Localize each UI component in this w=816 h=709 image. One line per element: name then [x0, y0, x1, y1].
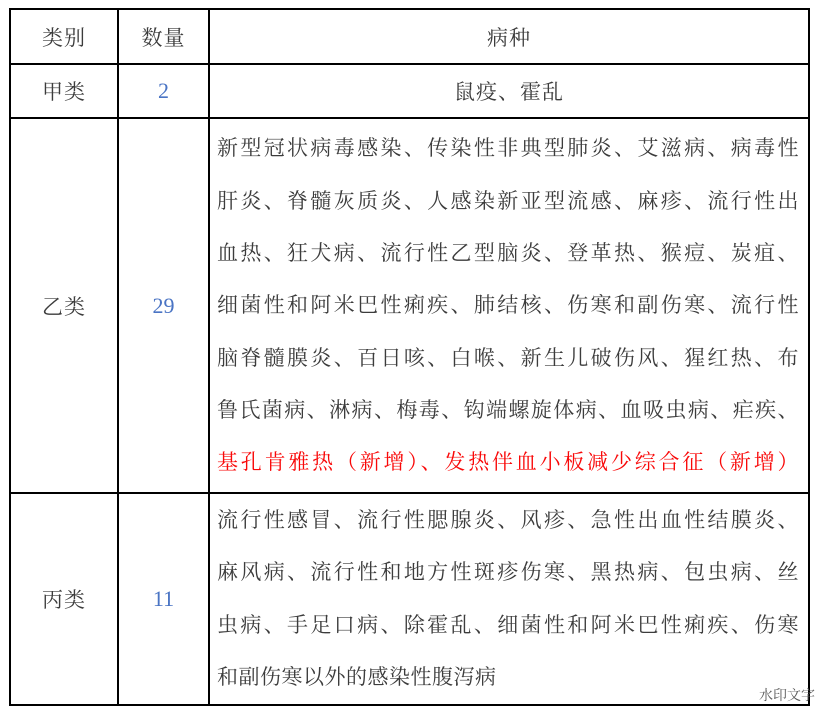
disease-line: 细菌性和阿米巴性痢疾、肺结核、伤寒和副伤寒、流行性: [217, 279, 799, 331]
disease-category-table: 类别 数量 病种 甲类 2 鼠疫、霍乱 乙类 29 新型冠状病毒感染、传染性非典…: [9, 8, 810, 706]
diseases-cell: 流行性感冒、流行性腮腺炎、风疹、急性出血性结膜炎、麻风病、流行性和地方性斑疹伤寒…: [209, 493, 809, 705]
category-cell: 甲类: [10, 64, 118, 118]
watermark-text: 水印文字: [759, 685, 815, 705]
disease-line: 肝炎、脊髓灰质炎、人感染新亚型流感、麻疹、流行性出: [217, 175, 799, 227]
table-row-class-b: 乙类 29 新型冠状病毒感染、传染性非典型肺炎、艾滋病、病毒性肝炎、脊髓灰质炎、…: [10, 118, 809, 493]
header-cell-category: 类别: [10, 9, 118, 64]
disease-line: 麻风病、流行性和地方性斑疹伤寒、黑热病、包虫病、丝: [217, 546, 799, 598]
disease-line: 和副伤寒以外的感染性腹泻病: [217, 651, 799, 703]
diseases-cell: 鼠疫、霍乱: [209, 64, 809, 118]
disease-line: 鲁氏菌病、淋病、梅毒、钩端螺旋体病、血吸虫病、疟疾、: [217, 384, 799, 436]
count-cell: 2: [118, 64, 209, 118]
category-cell: 乙类: [10, 118, 118, 493]
table-row-class-c: 丙类 11 流行性感冒、流行性腮腺炎、风疹、急性出血性结膜炎、麻风病、流行性和地…: [10, 493, 809, 705]
count-cell: 29: [118, 118, 209, 493]
disease-line: 基孔肯雅热（新增）、发热伴血小板减少综合征（新增）: [217, 436, 799, 488]
disease-line: 脑脊髓膜炎、百日咳、白喉、新生儿破伤风、猩红热、布: [217, 332, 799, 384]
category-cell: 丙类: [10, 493, 118, 705]
table-header-row: 类别 数量 病种: [10, 9, 809, 64]
disease-line: 血热、狂犬病、流行性乙型脑炎、登革热、猴痘、炭疽、: [217, 227, 799, 279]
table-row-class-a: 甲类 2 鼠疫、霍乱: [10, 64, 809, 118]
disease-line: 虫病、手足口病、除霍乱、细菌性和阿米巴性痢疾、伤寒: [217, 599, 799, 651]
disease-line: 新型冠状病毒感染、传染性非典型肺炎、艾滋病、病毒性: [217, 122, 799, 174]
diseases-cell: 新型冠状病毒感染、传染性非典型肺炎、艾滋病、病毒性肝炎、脊髓灰质炎、人感染新亚型…: [209, 118, 809, 493]
count-cell: 11: [118, 493, 209, 705]
header-cell-count: 数量: [118, 9, 209, 64]
disease-line: 流行性感冒、流行性腮腺炎、风疹、急性出血性结膜炎、: [217, 494, 799, 546]
header-cell-diseases: 病种: [209, 9, 809, 64]
